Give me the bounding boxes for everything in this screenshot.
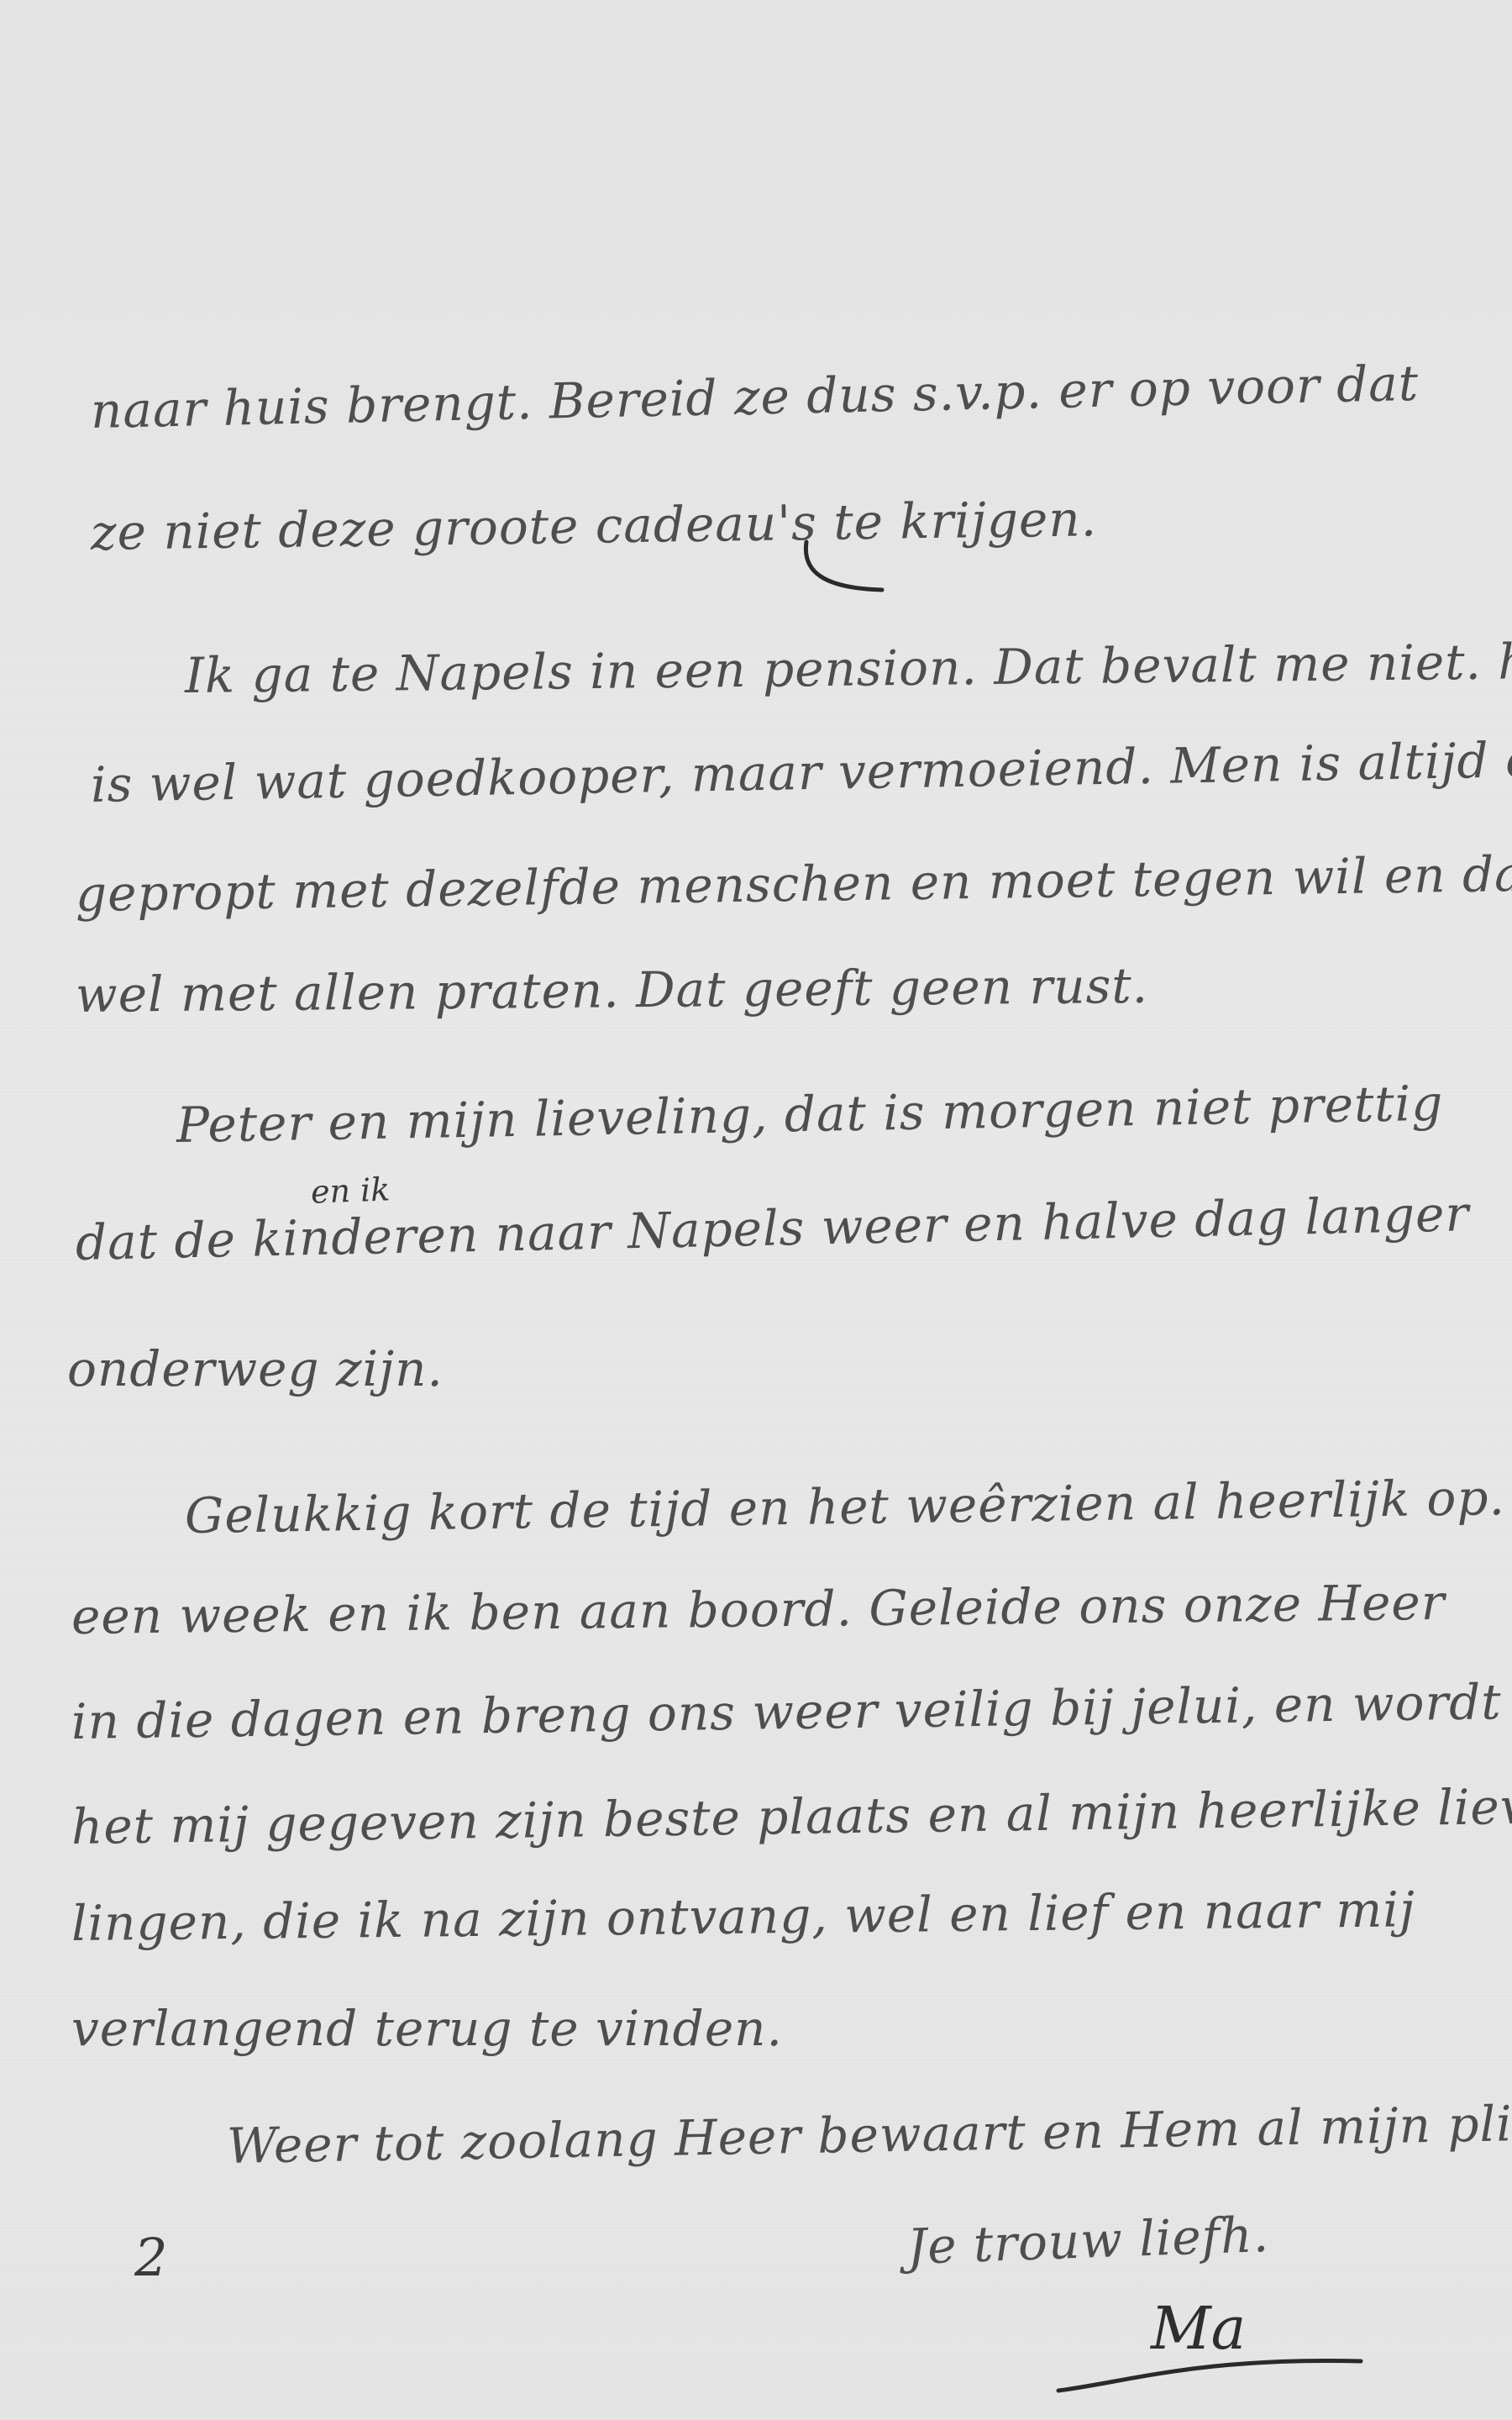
letter-line: naar huis brengt. Bereid ze dus s.v.p. e…: [90, 355, 1419, 439]
letter-line: het mij gegeven zijn beste plaats en al …: [71, 1777, 1512, 1855]
page-number: 2: [134, 2227, 167, 2288]
signature-underline: [1050, 2349, 1369, 2399]
letter-line: in die dagen en breng ons weer veilig bi…: [71, 1673, 1503, 1750]
letter-line: dat de kinderen naar Napels weer en halv…: [75, 1185, 1469, 1271]
letter-line: lingen, die ik na zijn ontvang, wel en l…: [71, 1881, 1416, 1952]
letter-line: Weer tot zoolang Heer bewaart en Hem al …: [226, 2092, 1512, 2175]
letter-line: is wel wat goedkooper, maar vermoeiend. …: [90, 730, 1512, 813]
letter-line: verlangend terug te vinden.: [71, 2000, 783, 2057]
letter-line: gepropt met dezelfde menschen en moet te…: [76, 844, 1512, 923]
interlinear-insert: en ik: [310, 1171, 391, 1210]
closing-line: Je trouw liefh.: [906, 2206, 1270, 2275]
letter-line: wel met allen praten. Dat geeft geen rus…: [76, 957, 1149, 1023]
letter-line: onderweg zijn.: [67, 1340, 444, 1397]
letter-line: Gelukkig kort de tijd en het weêrzien al…: [185, 1467, 1512, 1544]
letter-line: Peter en mijn lieveling, dat is morgen n…: [176, 1075, 1443, 1154]
letter-line: Ik ga te Napels in een pension. Dat beva…: [185, 633, 1512, 704]
letter-page: naar huis brengt. Bereid ze dus s.v.p. e…: [0, 0, 1512, 2420]
letter-line: een week en ik ben aan boord. Geleide on…: [71, 1574, 1446, 1645]
underline-flourish: [790, 538, 958, 597]
